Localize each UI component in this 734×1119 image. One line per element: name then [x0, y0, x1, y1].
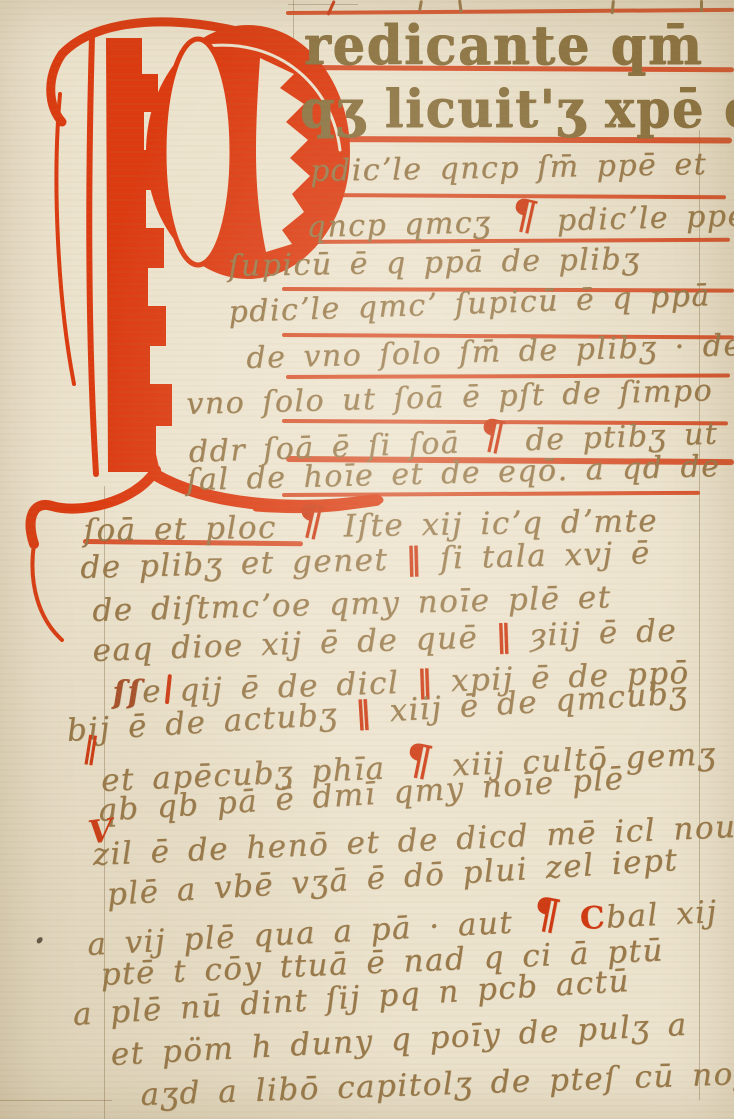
- margin-vstroke-mark: V: [86, 811, 115, 852]
- initial-counter: [164, 39, 232, 265]
- pilcrow-mark: ¶: [292, 496, 329, 543]
- pilcrow-mark: ¶: [507, 192, 542, 237]
- margin-tick-mark: [700, 0, 703, 12]
- manuscript-page: redicante qm̄ qʒ licuit'ʒ xpē et pdicʼle…: [0, 0, 734, 1119]
- frame-guide-line: [699, 130, 700, 1100]
- pilcrow-mark: ¶: [529, 891, 565, 937]
- rubric-line-2: qʒ licuit'ʒ xpē et: [300, 84, 734, 136]
- manuscript-line: ſupicū ē q ppā de plibʒ: [228, 245, 641, 282]
- rubric-line-1: redicante qm̄: [304, 18, 704, 72]
- margin-tick-mark: [458, 0, 463, 13]
- pilcrow-mark: ¶: [476, 412, 511, 457]
- manuscript-line: pdicʼle qncp ſm̄ ppē et: [310, 150, 707, 187]
- ink-dot: [36, 936, 44, 945]
- frame-guide-line: [0, 1100, 112, 1101]
